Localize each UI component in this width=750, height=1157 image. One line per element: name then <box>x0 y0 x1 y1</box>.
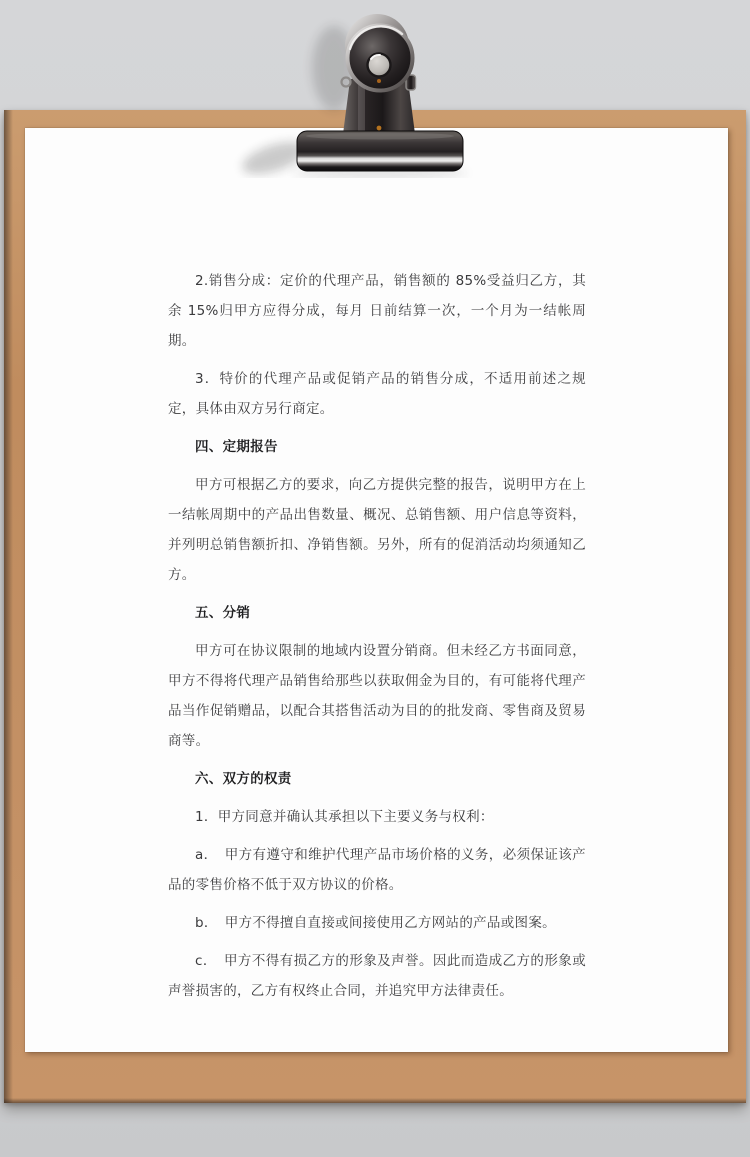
clip-stem-highlight <box>358 82 365 132</box>
paragraph: 1．甲方同意并确认其承担以下主要义务与权利： <box>168 802 586 832</box>
photo-scene: 2.销售分成：定价的代理产品，销售额的 85%受益归乙方，其余 15%归甲方应得… <box>0 0 750 1157</box>
document-paper: 2.销售分成：定价的代理产品，销售额的 85%受益归乙方，其余 15%归甲方应得… <box>25 128 728 1052</box>
paragraph: 甲方可根据乙方的要求，向乙方提供完整的报告，说明甲方在上一结帐周期中的产品出售数… <box>168 470 586 590</box>
section-heading: 六、双方的权责 <box>168 764 586 794</box>
binder-clip <box>230 6 520 178</box>
paragraph: a． 甲方有遵守和维护代理产品市场价格的义务，必须保证该产品的零售价格不低于双方… <box>168 840 586 900</box>
document-body: 2.销售分成：定价的代理产品，销售额的 85%受益归乙方，其余 15%归甲方应得… <box>25 128 728 1014</box>
paragraph: c． 甲方不得有损乙方的形象及声誉。因此而造成乙方的形象或声誉损害的，乙方有权终… <box>168 946 586 1006</box>
clip-glint-knob <box>377 79 381 83</box>
paragraph: 2.销售分成：定价的代理产品，销售额的 85%受益归乙方，其余 15%归甲方应得… <box>168 266 586 356</box>
clip-knob-hole <box>368 54 391 77</box>
clip-glint-stem <box>377 126 382 131</box>
section-heading: 五、分销 <box>168 598 586 628</box>
clip-bar-sheen <box>306 133 454 140</box>
section-heading: 四、定期报告 <box>168 432 586 462</box>
paragraph: 甲方可在协议限制的地域内设置分销商。但未经乙方书面同意，甲方不得将代理产品销售给… <box>168 636 586 756</box>
paragraph: 3．特价的代理产品或促销产品的销售分成，不适用前述之规定，具体由双方另行商定。 <box>168 364 586 424</box>
paragraph: b． 甲方不得擅自直接或间接使用乙方网站的产品或图案。 <box>168 908 586 938</box>
